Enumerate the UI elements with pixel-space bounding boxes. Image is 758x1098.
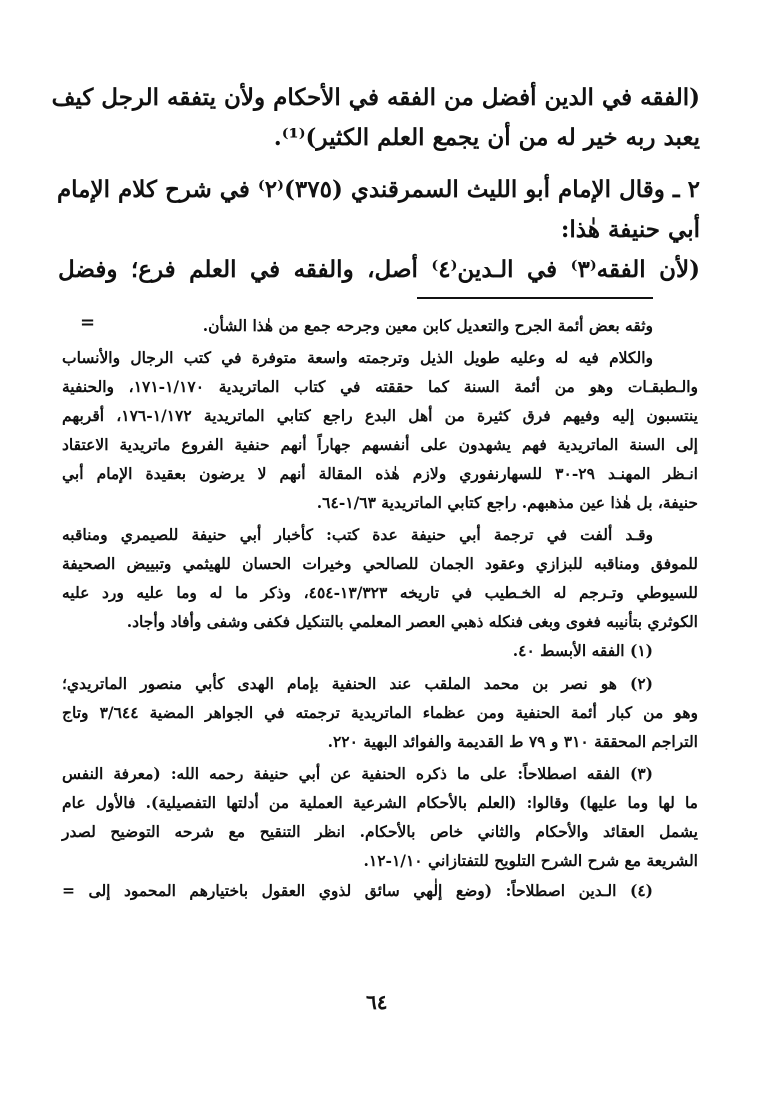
footnote-line: الكوثري بتأنيبه فغوى وبغى فنكله ذهبي الع… — [62, 607, 698, 636]
book-page: (الفقه في الدين أفضل من الفقه في الأحكام… — [0, 0, 758, 1098]
footnote-4: (٤) الـدين اصطلاحاً: (وضع إلٰهي سائق لذو… — [62, 876, 653, 905]
footnote-line: والـطبقـات وهو من أئمة السنة كما حققته ف… — [62, 372, 698, 401]
footnote-line: وثقه بعض أئمة الجرح والتعديل كابن معين و… — [62, 311, 653, 340]
footnote-line: ما لها وما عليها) وقالوا: (العلم بالأحكا… — [62, 788, 698, 817]
footnote-line: الشريعة مع شرح الشرح التلويح للتفتازاني … — [62, 846, 698, 875]
footnote-line: والكلام فيه له وعليه طويل الذيل وترجمته … — [62, 343, 653, 372]
footnote-line: للموفق ومناقبه للبزازي وعقود الجمان للصا… — [62, 549, 698, 578]
footnote-line: التراجم المحققة ٣١٠ و ٧٩ ط القديمة والفو… — [62, 727, 698, 756]
main-text-line: أبي حنيفة هٰذا: — [58, 210, 700, 250]
main-text-line: (لأن الفقه⁽٣⁾ في الـدين⁽٤⁾ أصل، والفقه ف… — [58, 250, 700, 290]
footnote-line: وقـد ألفت في ترجمة أبي حنيفة عدة كتب: كأ… — [62, 520, 653, 549]
footnote-line: إلى السنة الماتريدية فهم يشهدون على أنفس… — [62, 430, 698, 459]
footnote-line: للسيوطي وتـرجم له الخـطيب في تاريخه ١٣/٣… — [62, 578, 698, 607]
footnote-separator — [417, 297, 653, 299]
footnote-line: يشمل العقائد والأحكام والثاني خاص بالأحك… — [62, 817, 698, 846]
footnote-2: (٢) هو نصر بن محمد الملقب عند الحنفية بإ… — [62, 669, 653, 698]
footnote-1: (١) الفقه الأبسط ٤٠. — [62, 636, 653, 665]
main-text-line: يعبد ربه خير له من أن يجمع العلم الكثير)… — [58, 118, 700, 158]
footnote-line: وهو من كبار أئمة الحنفية ومن عظماء المات… — [62, 698, 698, 727]
page-number: ٦٤ — [366, 990, 387, 1014]
footnote-line: ينتسبون إليه وفيهم فرق كثيرة من أهل البد… — [62, 401, 698, 430]
footnote-3: (٣) الفقه اصطلاحاً: على ما ذكره الحنفية … — [62, 759, 653, 788]
main-text-line: (الفقه في الدين أفضل من الفقه في الأحكام… — [58, 78, 700, 118]
main-text-line: ٢ ـ وقال الإمام أبو الليث السمرقندي (٣٧٥… — [58, 170, 700, 210]
footnote-line: انـظر المهنـد ٢٩-٣٠ للسهارنفوري ولازم هٰ… — [62, 459, 698, 488]
footnote-line: حنيفة، بل هٰذا عين مذهبهم. راجع كتابي ال… — [62, 488, 698, 517]
